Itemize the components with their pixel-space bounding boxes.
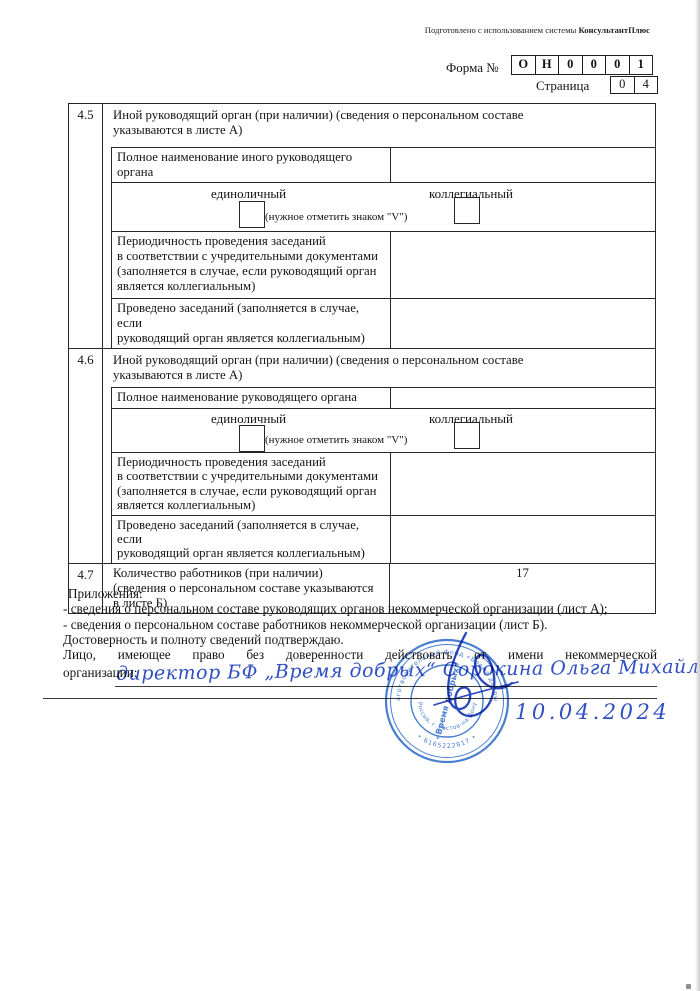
checkbox-row: единоличный (нужное отметить знаком "V")… xyxy=(112,183,655,232)
section-body: Иной руководящий орган (при наличии) (св… xyxy=(103,349,655,563)
field-label: Проведено заседаний (заполняется в случа… xyxy=(112,516,390,563)
scan-edge-shadow xyxy=(695,0,700,991)
page-number-grid: 0 4 xyxy=(610,76,658,94)
signature-full-line xyxy=(43,698,657,699)
attachments-title: Приложения: xyxy=(63,586,657,601)
form-code-cell: 1 xyxy=(630,56,653,74)
field-row-periodicity: Периодичность проведения заседаний в соо… xyxy=(112,453,655,516)
report-table: 4.5 Иной руководящий орган (при наличии)… xyxy=(68,103,656,614)
form-code-cell: О xyxy=(512,56,536,74)
page-number-label: Страница xyxy=(536,78,589,94)
checkbox-note: (нужное отметить знаком "V") xyxy=(265,210,407,225)
field-row-periodicity: Периодичность проведения заседаний в соо… xyxy=(112,232,655,299)
section-subtable: Полное наименование руководящего органа … xyxy=(111,387,655,563)
field-value xyxy=(390,148,655,182)
checkbox-collegial-box xyxy=(454,422,480,449)
form-code-cell: 0 xyxy=(583,56,607,74)
form-code-cell: 0 xyxy=(606,56,630,74)
field-row-org-name: Полное наименование иного руководящего о… xyxy=(112,148,655,183)
form-number-grid: О Н 0 0 0 1 xyxy=(511,55,653,75)
checkbox-sole-label: единоличный xyxy=(211,411,286,426)
field-value xyxy=(390,299,655,348)
field-row-meetings: Проведено заседаний (заполняется в случа… xyxy=(112,299,655,348)
checkbox-sole-box xyxy=(239,201,265,228)
field-value xyxy=(390,453,655,515)
prepared-with-note: Подготовлено с использованием системы Ко… xyxy=(425,25,650,35)
scanned-form-page: Подготовлено с использованием системы Ко… xyxy=(0,0,700,991)
section-title: Иной руководящий орган (при наличии) (св… xyxy=(103,104,655,147)
attachment-list-a: - сведения о персональном составе руково… xyxy=(63,601,657,616)
form-code-cell: 0 xyxy=(559,56,583,74)
field-label: Проведено заседаний (заполняется в случа… xyxy=(112,299,390,348)
section-subtable: Полное наименование иного руководящего о… xyxy=(111,147,655,348)
section-4-6: 4.6 Иной руководящий орган (при наличии)… xyxy=(69,349,655,564)
attachment-list-b: - сведения о персональном составе работн… xyxy=(63,617,657,632)
field-label: Полное наименование иного руководящего о… xyxy=(112,148,390,182)
scan-artifact-dot xyxy=(686,984,691,989)
checkbox-sole-box xyxy=(239,425,265,452)
page-code-cell: 4 xyxy=(635,77,658,93)
field-label: Периодичность проведения заседаний в соо… xyxy=(112,453,390,515)
field-value xyxy=(390,388,655,408)
field-value xyxy=(390,516,655,563)
confirmation-line: Достоверность и полноту сведений подтвер… xyxy=(63,632,657,647)
field-label: Полное наименование руководящего органа xyxy=(112,388,390,408)
section-title: Иной руководящий орган (при наличии) (св… xyxy=(103,349,655,387)
checkbox-note: (нужное отметить знаком "V") xyxy=(265,433,407,448)
section-4-5: 4.5 Иной руководящий орган (при наличии)… xyxy=(69,104,655,349)
section-number: 4.6 xyxy=(69,349,103,563)
section-body: Иной руководящий орган (при наличии) (св… xyxy=(103,104,655,348)
field-value xyxy=(390,232,655,298)
checkbox-collegial-box xyxy=(454,197,480,224)
field-label: Периодичность проведения заседаний в соо… xyxy=(112,232,390,298)
prepared-note-prefix: Подготовлено с использованием системы xyxy=(425,25,579,35)
page-code-cell: 0 xyxy=(611,77,635,93)
checkbox-sole-label: единоличный xyxy=(211,186,286,201)
signature-tail-stroke xyxy=(434,682,518,705)
pen-signature xyxy=(404,625,539,740)
form-code-cell: Н xyxy=(536,56,560,74)
form-number-label: Форма № xyxy=(446,60,499,76)
signature-stroke xyxy=(448,633,512,716)
prepared-note-system: КонсультантПлюс xyxy=(578,25,650,35)
field-row-meetings: Проведено заседаний (заполняется в случа… xyxy=(112,516,655,563)
field-row-org-name: Полное наименование руководящего органа xyxy=(112,388,655,409)
checkbox-row: единоличный (нужное отметить знаком "V")… xyxy=(112,409,655,453)
section-number: 4.5 xyxy=(69,104,103,348)
